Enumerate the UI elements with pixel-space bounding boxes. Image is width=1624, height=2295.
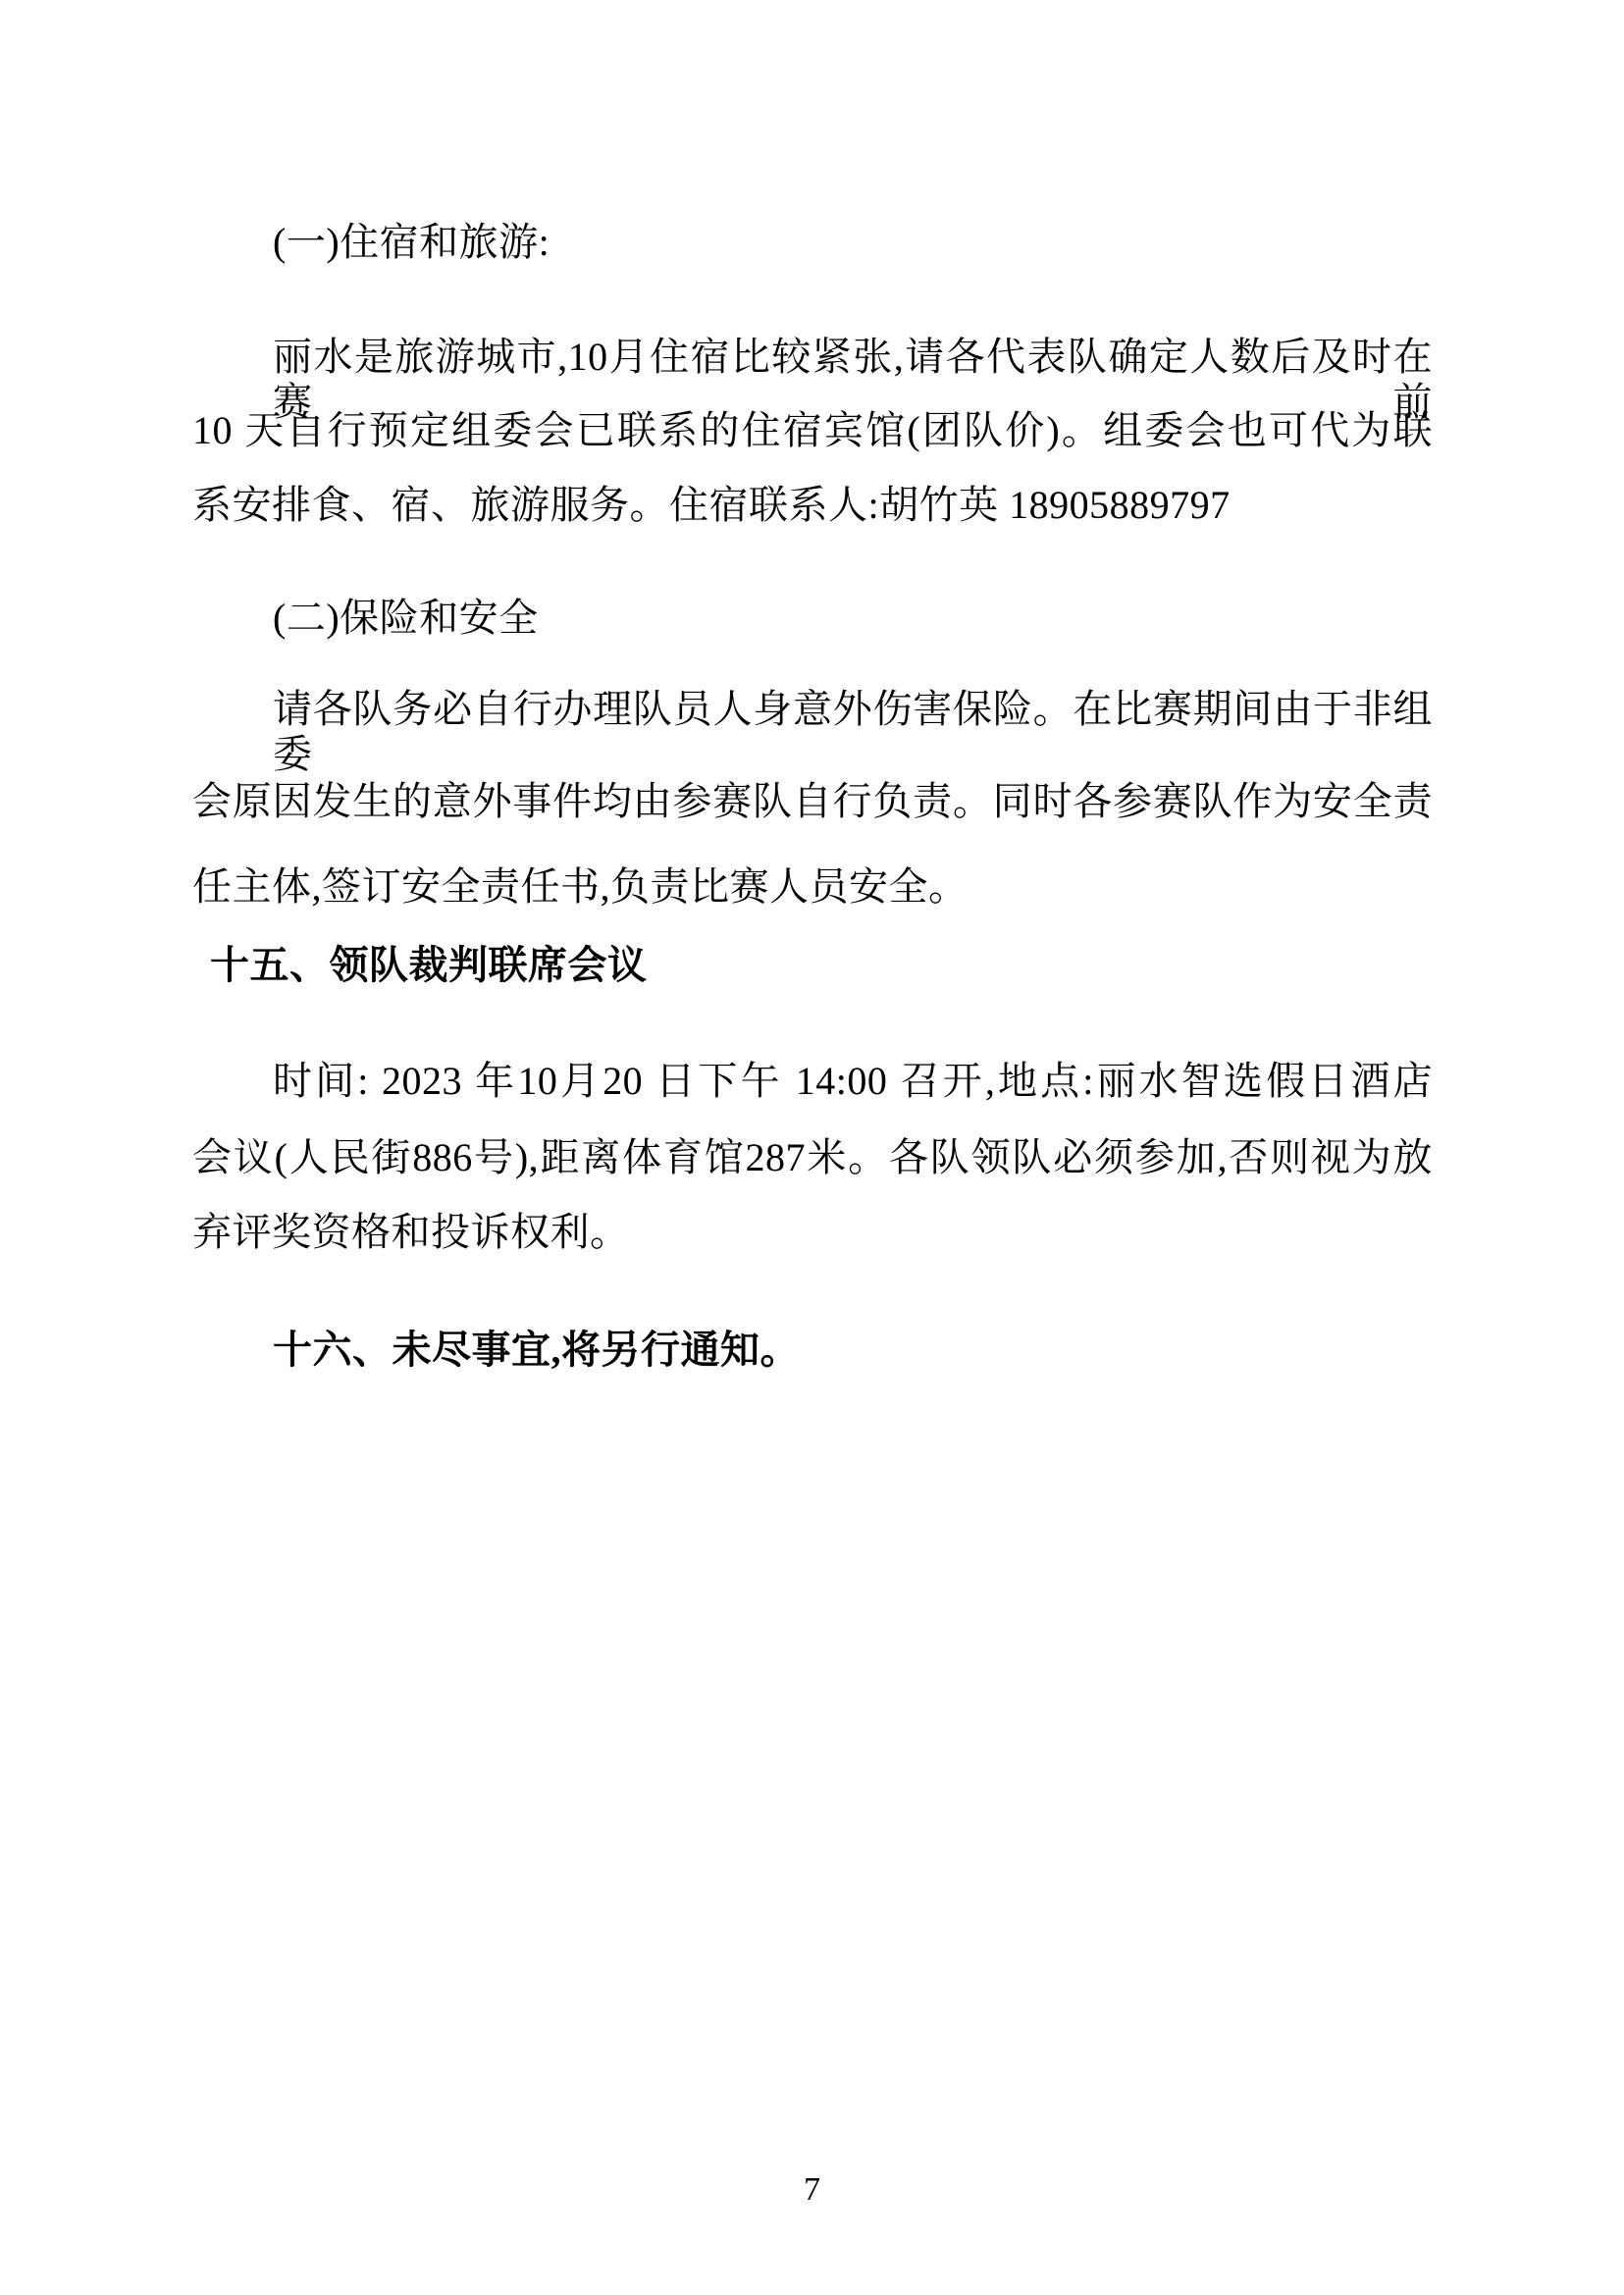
section-heading-other-matters: 十六、未尽事宜,将另行通知。 xyxy=(192,1328,1433,1373)
paragraph-line: 10 天自行预定组委会已联系的住宿宾馆(团队价)。组委会也可代为联 xyxy=(192,408,1433,453)
paragraph-line: 请各队务必自行办理队员人身意外伤害保险。在比赛期间由于非组委 xyxy=(192,687,1433,777)
document-page: (一)住宿和旅游: 丽水是旅游城市,10月住宿比较紧张,请各代表队确定人数后及时… xyxy=(0,0,1624,2295)
section-heading-joint-meeting: 十五、领队裁判联席会议 xyxy=(192,943,1433,988)
subsection-heading-insurance: (二)保险和安全 xyxy=(192,596,1433,641)
paragraph-line: 任主体,签订安全责任书,负责比赛人员安全。 xyxy=(192,864,1433,910)
paragraph-line: 会议(人民街886号),距离体育馆287米。各队领队必须参加,否则视为放 xyxy=(192,1135,1433,1180)
paragraph-line: 会原因发生的意外事件均由参赛队自行负责。同时各参赛队作为安全责 xyxy=(192,779,1433,824)
paragraph-line: 弃评奖资格和投诉权利。 xyxy=(192,1210,1433,1255)
page-number: 7 xyxy=(0,2170,1624,2211)
paragraph-line: 系安排食、宿、旅游服务。住宿联系人:胡竹英 18905889797 xyxy=(192,483,1433,528)
subsection-heading-accommodation: (一)住宿和旅游: xyxy=(192,220,1433,265)
paragraph-line: 时间: 2023 年10月20 日下午 14:00 召开,地点:丽水智选假日酒店 xyxy=(192,1059,1433,1104)
